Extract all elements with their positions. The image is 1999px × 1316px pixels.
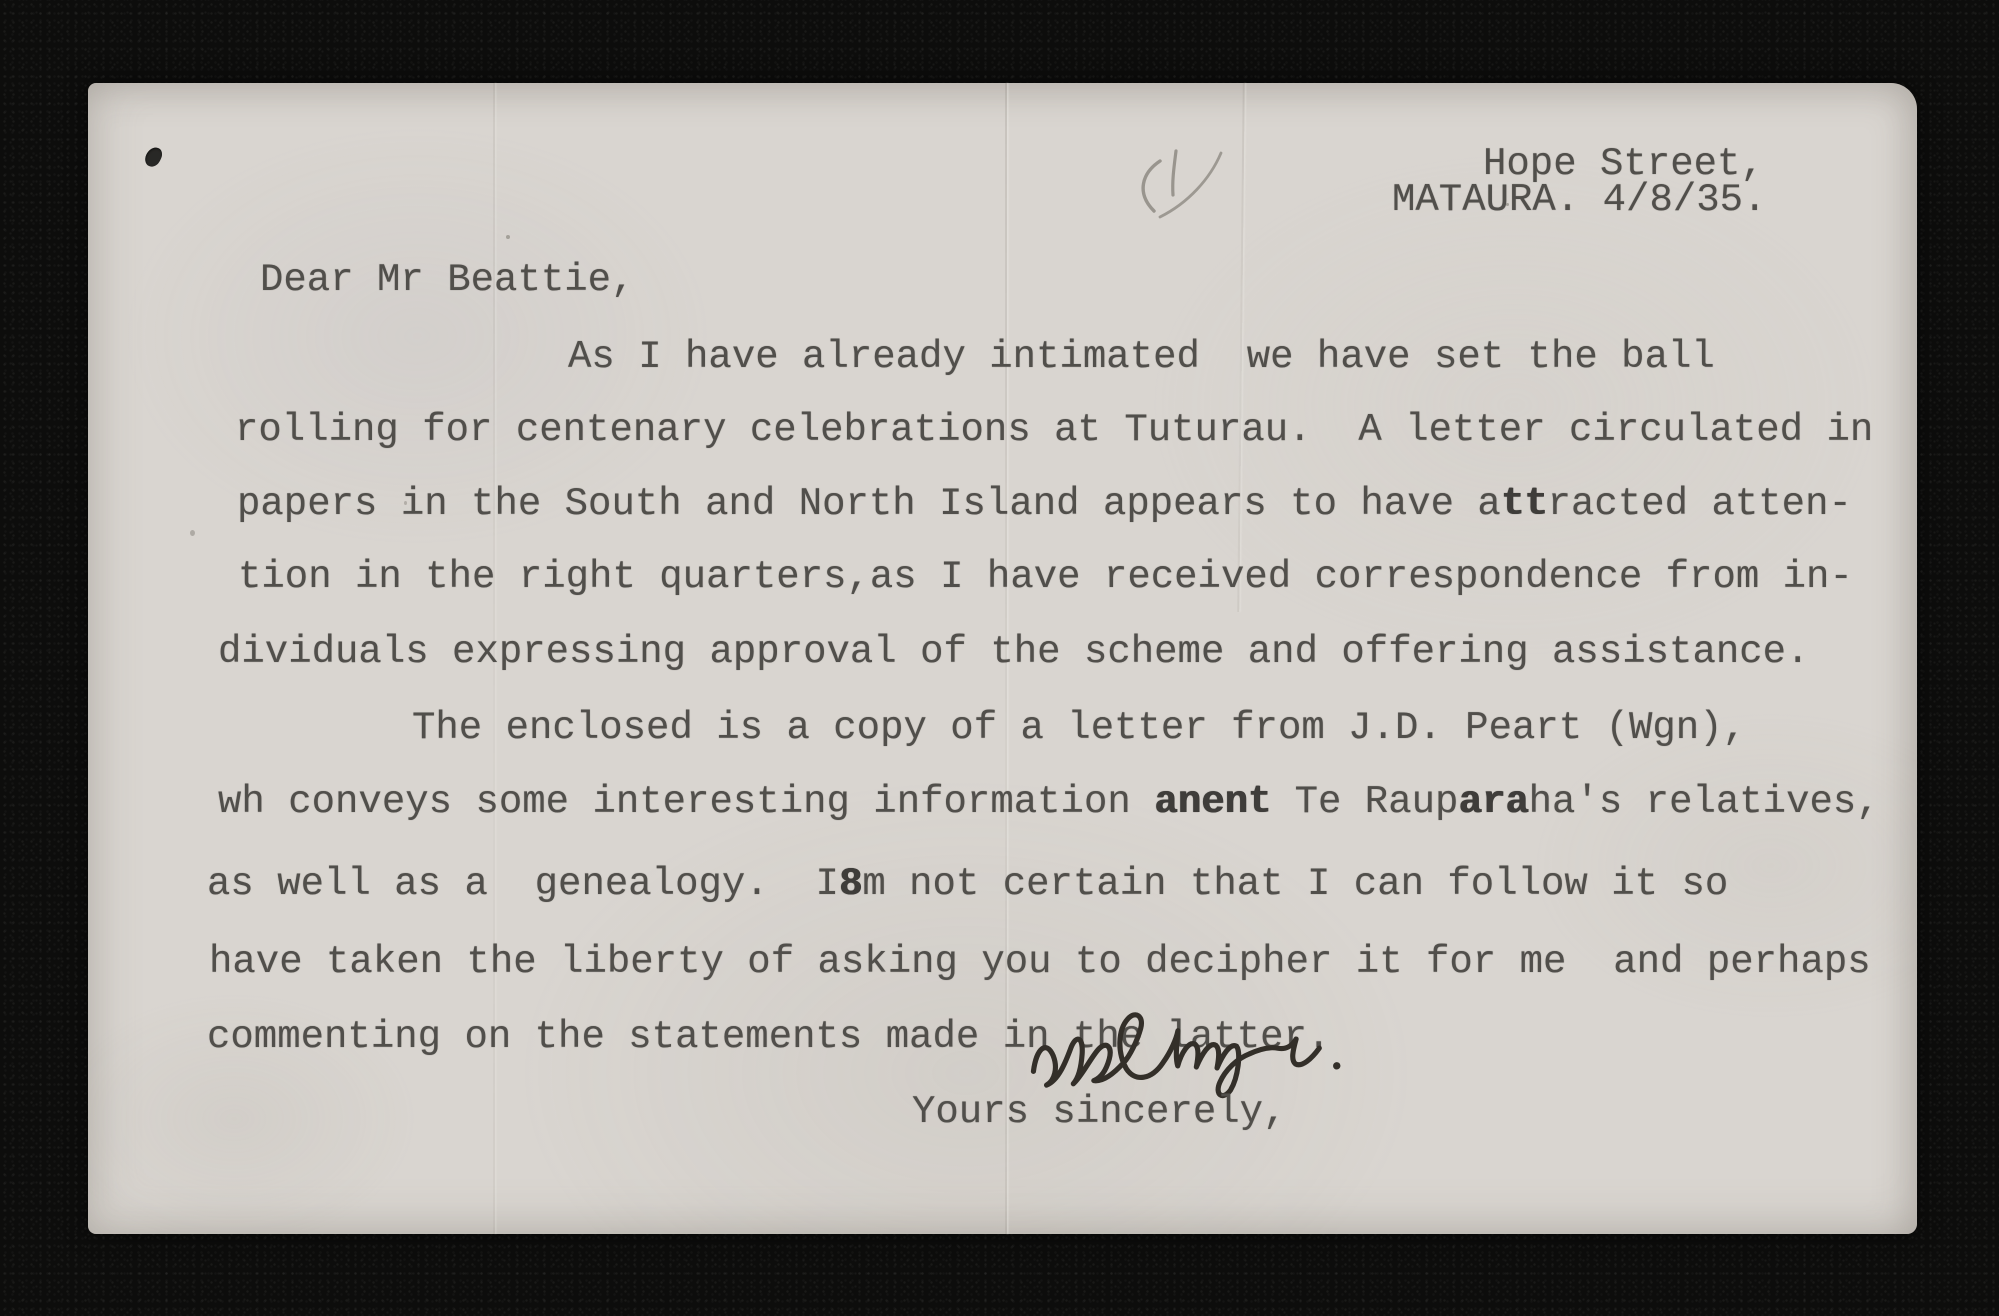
typed-text: wh conveys some interesting information	[218, 780, 1154, 824]
typed-text: Te Raup	[1271, 780, 1458, 824]
letter-line: As I have already intimated we have set …	[568, 337, 1715, 378]
overstruck-text: ara	[1458, 780, 1528, 824]
letter-line: wh conveys some interesting information …	[218, 782, 1880, 823]
letter-line: as well as a genealogy. I8m not certain …	[207, 864, 1728, 905]
typed-text: rolling for centenary celebrations at Tu…	[235, 408, 1873, 452]
letter-line: tion in the right quarters,as I have rec…	[238, 557, 1853, 598]
paper-speck	[506, 235, 510, 239]
typed-text: ha's relatives,	[1529, 780, 1880, 824]
letter-page: Hope Street, MATAURA. 4/8/35. Dear Mr Be…	[88, 83, 1917, 1234]
overstruck-text: anent	[1154, 780, 1271, 824]
paper-speck	[190, 530, 195, 536]
pencil-tick-icon	[1126, 141, 1226, 226]
date-line: MATAURA. 4/8/35.	[1392, 180, 1766, 221]
typed-text: dividuals expressing approval of the sch…	[218, 630, 1809, 674]
letter-line: have taken the liberty of asking you to …	[209, 942, 1871, 983]
salutation: Dear Mr Beattie,	[260, 260, 634, 301]
overstruck-text: tt	[1501, 482, 1548, 526]
typed-text: as well as a genealogy. I	[207, 862, 839, 906]
typed-text: tion in the right quarters,as I have rec…	[238, 555, 1853, 599]
typed-text: have taken the liberty of asking you to …	[209, 940, 1871, 984]
closing: Yours sincerely,	[912, 1092, 1286, 1133]
punch-hole	[143, 145, 165, 169]
letter-line: dividuals expressing approval of the sch…	[218, 632, 1809, 673]
typed-text: The enclosed is a copy of a letter from …	[412, 706, 1746, 750]
typed-text: As I have already intimated we have set …	[568, 335, 1715, 379]
letter-line: papers in the South and North Island app…	[237, 484, 1852, 525]
typed-text: m not certain that I can follow it so	[862, 862, 1728, 906]
typed-text: racted atten-	[1548, 482, 1852, 526]
typed-text: papers in the South and North Island app…	[237, 482, 1501, 526]
letter-line: rolling for centenary celebrations at Tu…	[235, 410, 1873, 451]
letter-line: The enclosed is a copy of a letter from …	[412, 708, 1746, 749]
overstruck-text: 8	[839, 862, 862, 906]
